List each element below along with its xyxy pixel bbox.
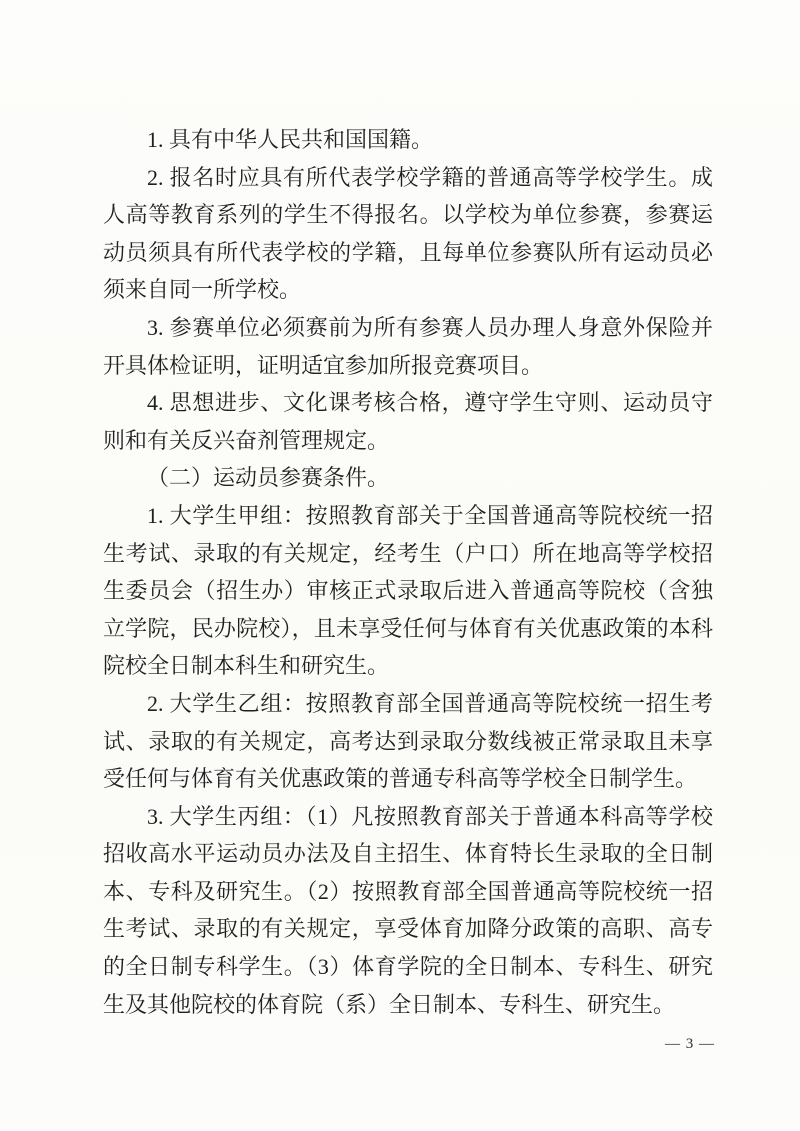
section-heading-athlete-conditions: （二）运动员参赛条件。 xyxy=(103,459,713,497)
item-registration-eligibility: 2. 报名时应具有所代表学校学籍的普通高等学校学生。成人高等教育系列的学生不得报… xyxy=(103,159,713,309)
item-student-group-a: 1. 大学生甲组：按照教育部关于全国普通高等院校统一招生考试、录取的有关规定，经… xyxy=(103,497,713,685)
document-page: 1. 具有中华人民共和国国籍。 2. 报名时应具有所代表学校学籍的普通高等学校学… xyxy=(0,0,800,1131)
item-student-group-b: 2. 大学生乙组：按照教育部全国普通高等院校统一招生考试、录取的有关规定，高考达… xyxy=(103,685,713,798)
item-student-group-c: 3. 大学生丙组：（1）凡按照教育部关于普通本科高等学校招收高水平运动员办法及自… xyxy=(103,798,713,1024)
document-body: 1. 具有中华人民共和国国籍。 2. 报名时应具有所代表学校学籍的普通高等学校学… xyxy=(103,121,713,1023)
item-insurance-requirement: 3. 参赛单位必须赛前为所有参赛人员办理人身意外保险并开具体检证明，证明适宜参加… xyxy=(103,309,713,384)
item-nationality: 1. 具有中华人民共和国国籍。 xyxy=(103,121,713,159)
item-conduct-requirement: 4. 思想进步、文化课考核合格，遵守学生守则、运动员守则和有关反兴奋剂管理规定。 xyxy=(103,384,713,459)
page-number: — 3 — xyxy=(660,1036,720,1053)
